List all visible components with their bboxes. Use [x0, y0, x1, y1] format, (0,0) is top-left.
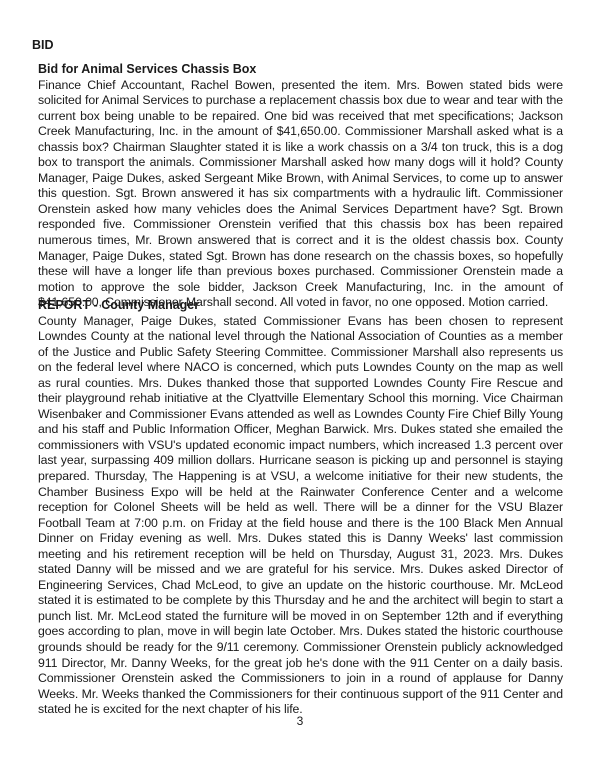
section-title: Bid for Animal Services Chassis Box — [38, 62, 563, 78]
section-animal-services-bid: Bid for Animal Services Chassis Box Fina… — [38, 62, 563, 311]
section-body: County Manager, Paige Dukes, stated Comm… — [38, 314, 563, 718]
page-number: 3 — [0, 714, 600, 728]
document-page: BID Bid for Animal Services Chassis Box … — [0, 0, 600, 776]
section-county-manager-report: REPORT - County Manager County Manager, … — [38, 298, 563, 718]
section-body: Finance Chief Accountant, Rachel Bowen, … — [38, 78, 563, 311]
section-heading-bid: BID — [32, 38, 54, 54]
section-title: REPORT - County Manager — [38, 298, 563, 314]
